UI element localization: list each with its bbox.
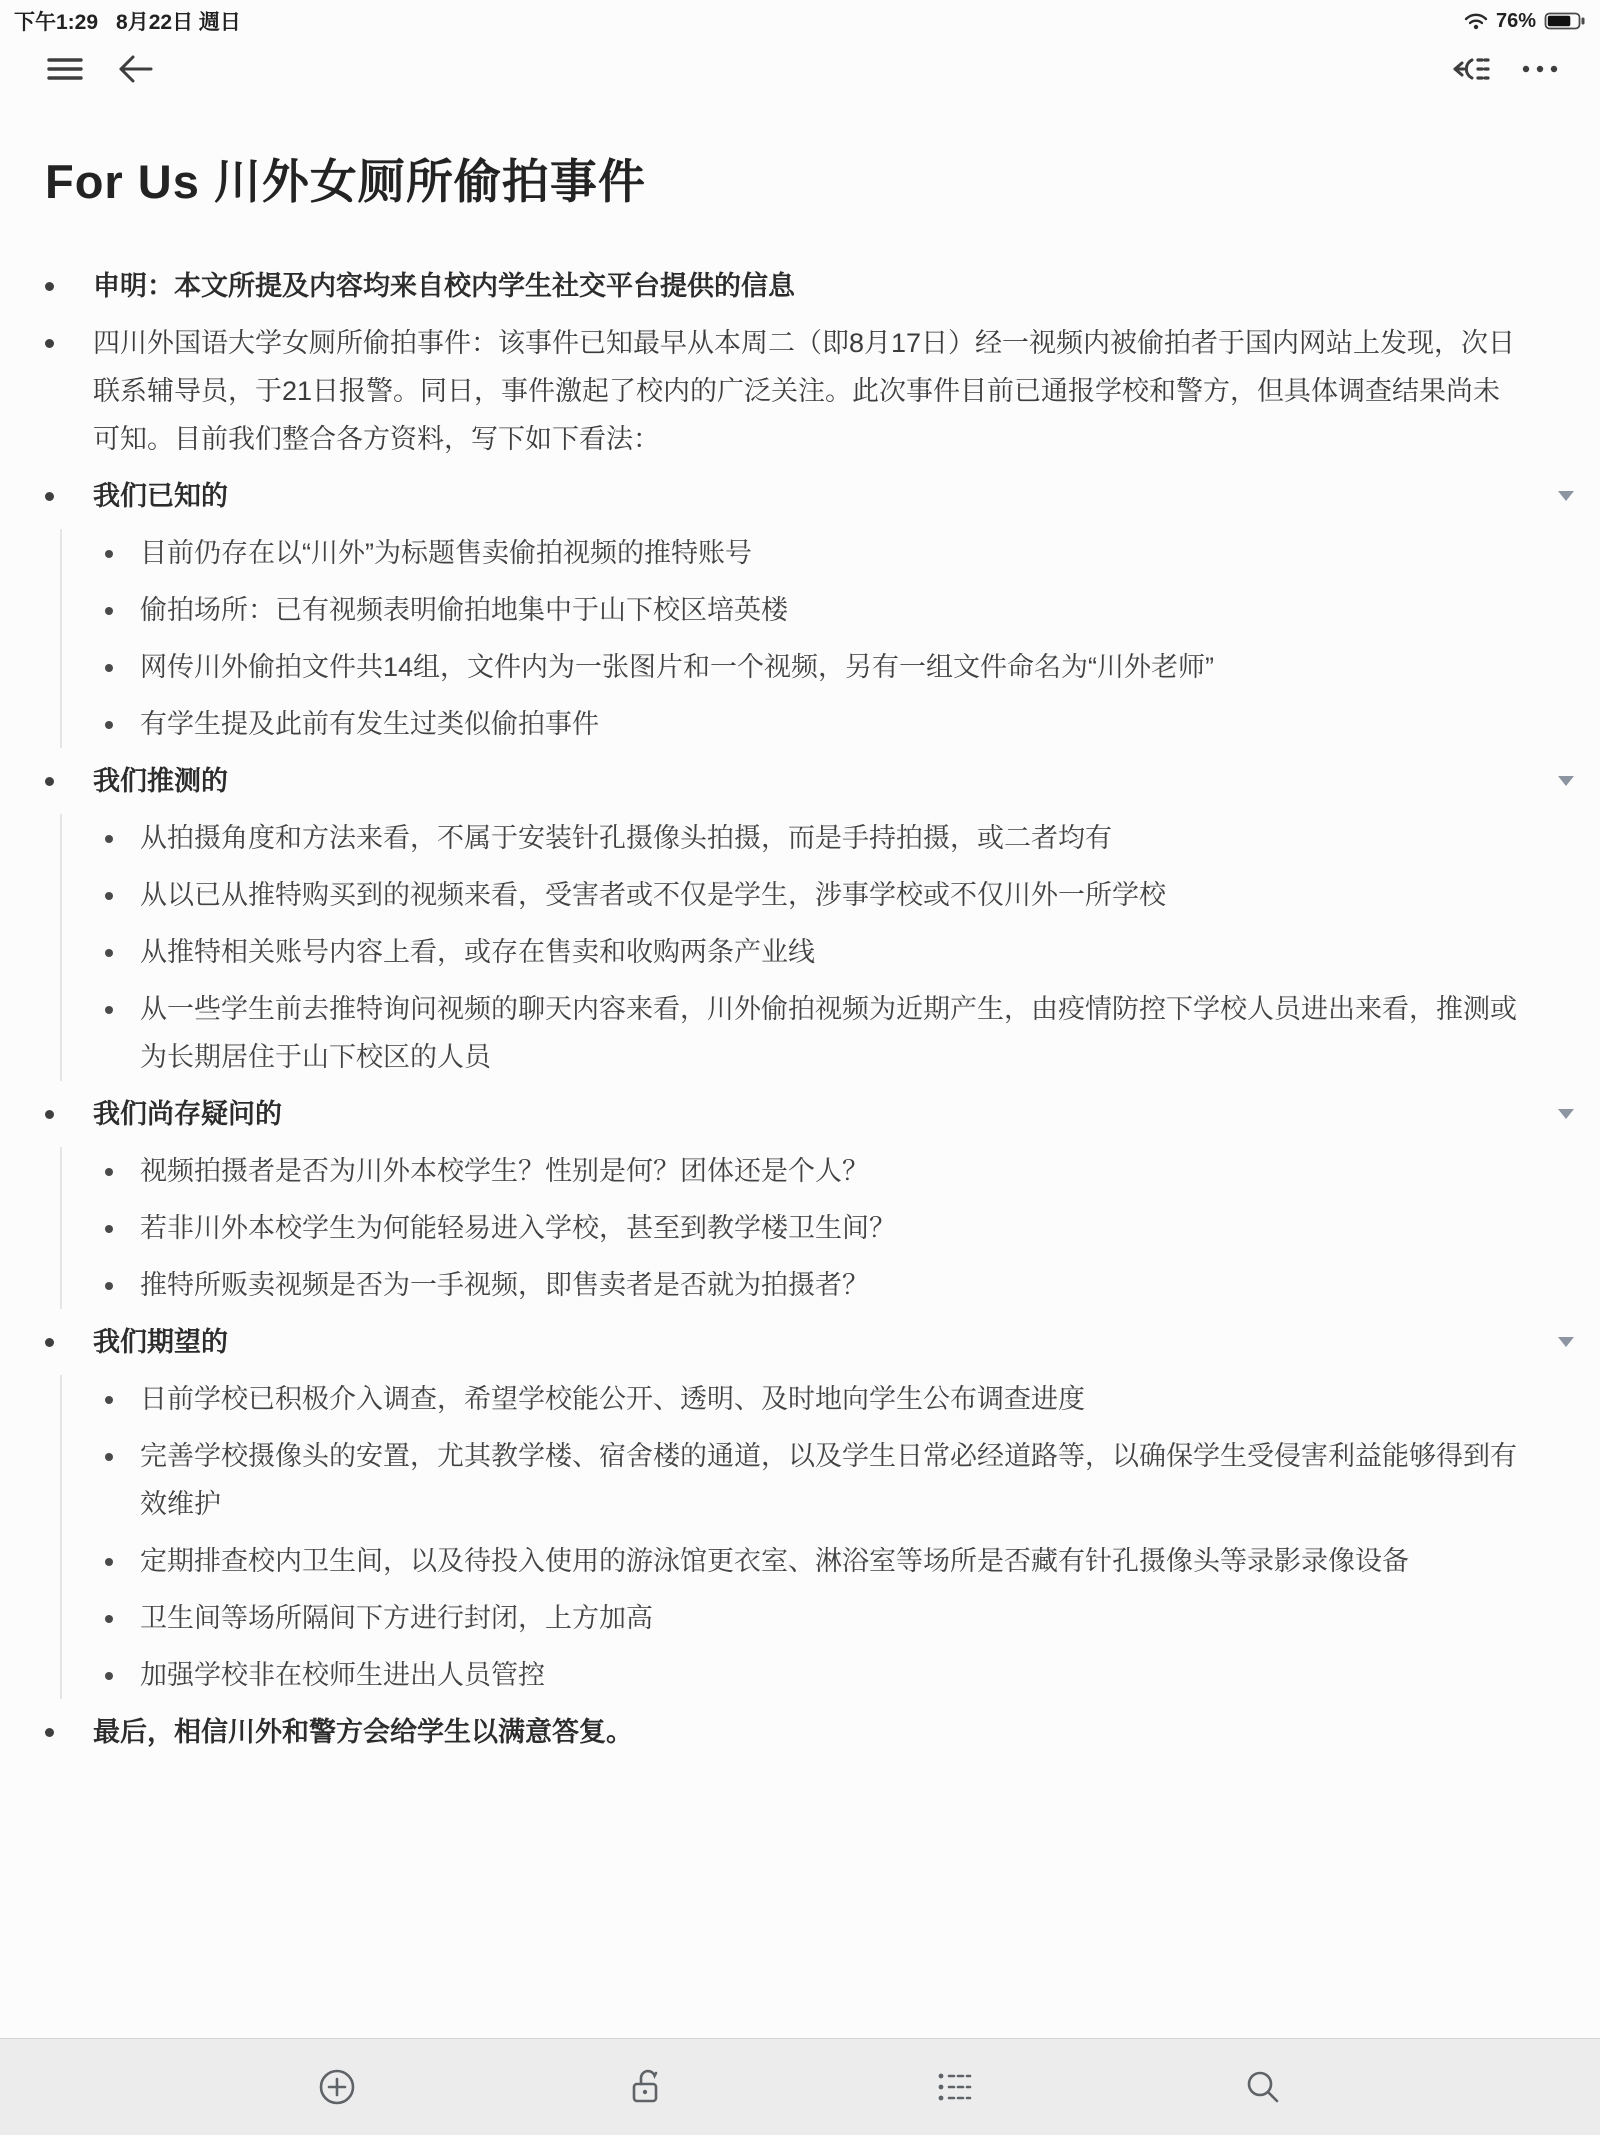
outline-text[interactable]: 偷拍场所：已有视频表明偷拍地集中于山下校区培英楼 <box>140 586 1520 634</box>
outline-subitem: 定期排查校内卫生间，以及待投入使用的游泳馆更衣室、淋浴室等场所是否藏有针孔摄像头… <box>62 1537 1520 1585</box>
toolbar-right <box>1450 52 1560 86</box>
outline-node: 有学生提及此前有发生过类似偷拍事件 <box>62 700 1520 748</box>
outline-node: 我们期望的日前学校已积极介入调查，希望学校能公开、透明、及时地向学生公布调查进度… <box>45 1318 1520 1699</box>
outline-node: 目前仍存在以“川外”为标题售卖偷拍视频的推特账号 <box>62 529 1520 577</box>
outline-text[interactable]: 从以已从推特购买到的视频来看，受害者或不仅是学生，涉事学校或不仅川外一所学校 <box>140 871 1520 919</box>
triangle-down-icon <box>1558 491 1574 501</box>
outline-subitem: 日前学校已积极介入调查，希望学校能公开、透明、及时地向学生公布调查进度 <box>62 1375 1520 1423</box>
bullet-dot[interactable] <box>105 721 113 729</box>
outline-children: 从拍摄角度和方法来看，不属于安装针孔摄像头拍摄，而是手持拍摄，或二者均有从以已从… <box>60 814 1520 1081</box>
outline-text[interactable]: 我们期望的 <box>93 1318 1520 1366</box>
outline-text[interactable]: 日前学校已积极介入调查，希望学校能公开、透明、及时地向学生公布调查进度 <box>140 1375 1520 1423</box>
outline-text[interactable]: 四川外国语大学女厕所偷拍事件：该事件已知最早从本周二（即8月17日）经一视频内被… <box>93 319 1520 463</box>
outline-text[interactable]: 网传川外偷拍文件共14组，文件内为一张图片和一个视频，另有一组文件命名为“川外老… <box>140 643 1520 691</box>
outline-subitem: 完善学校摄像头的安置，尤其教学楼、宿舍楼的通道，以及学生日常必经道路等，以确保学… <box>62 1432 1520 1528</box>
outline-text[interactable]: 完善学校摄像头的安置，尤其教学楼、宿舍楼的通道，以及学生日常必经道路等，以确保学… <box>140 1432 1520 1528</box>
triangle-down-icon <box>1558 1109 1574 1119</box>
triangle-down-icon <box>1558 1337 1574 1347</box>
collapse-arrow-icon[interactable] <box>1558 1090 1574 1138</box>
bullet-dot[interactable] <box>105 1396 113 1404</box>
triangle-down-icon <box>1558 776 1574 786</box>
collapse-arrow-icon[interactable] <box>1558 472 1574 520</box>
bullet-dot[interactable] <box>105 1615 113 1623</box>
bullet-dot[interactable] <box>45 492 54 501</box>
outline-item: 我们尚存疑问的 <box>45 1090 1520 1138</box>
bullet-dot[interactable] <box>105 835 113 843</box>
outline-text[interactable]: 目前仍存在以“川外”为标题售卖偷拍视频的推特账号 <box>140 529 1520 577</box>
outline-subitem: 若非川外本校学生为何能轻易进入学校，甚至到教学楼卫生间？ <box>62 1204 1520 1252</box>
outline-text[interactable]: 从推特相关账号内容上看，或存在售卖和收购两条产业线 <box>140 928 1520 976</box>
status-bar: 下午1:29 8月22日 週日 76% <box>0 0 1600 38</box>
bullet-dot[interactable] <box>105 1168 113 1176</box>
toolbar-left <box>46 52 156 86</box>
outline-node: 若非川外本校学生为何能轻易进入学校，甚至到教学楼卫生间？ <box>62 1204 1520 1252</box>
outline-node: 我们已知的目前仍存在以“川外”为标题售卖偷拍视频的推特账号偷拍场所：已有视频表明… <box>45 472 1520 748</box>
outline-subitem: 偷拍场所：已有视频表明偷拍地集中于山下校区培英楼 <box>62 586 1520 634</box>
outline-node: 定期排查校内卫生间，以及待投入使用的游泳馆更衣室、淋浴室等场所是否藏有针孔摄像头… <box>62 1537 1520 1585</box>
outline-node: 申明：本文所提及内容均来自校内学生社交平台提供的信息 <box>45 262 1520 310</box>
outline-node: 四川外国语大学女厕所偷拍事件：该事件已知最早从本周二（即8月17日）经一视频内被… <box>45 319 1520 463</box>
bullet-dot[interactable] <box>45 282 54 291</box>
battery-percent: 76% <box>1496 10 1536 33</box>
bullet-dot[interactable] <box>105 1453 113 1461</box>
outline-children: 目前仍存在以“川外”为标题售卖偷拍视频的推特账号偷拍场所：已有视频表明偷拍地集中… <box>60 529 1520 748</box>
outline-node: 偷拍场所：已有视频表明偷拍地集中于山下校区培英楼 <box>62 586 1520 634</box>
bullet-dot[interactable] <box>105 949 113 957</box>
outline-text[interactable]: 定期排查校内卫生间，以及待投入使用的游泳馆更衣室、淋浴室等场所是否藏有针孔摄像头… <box>140 1537 1520 1585</box>
outline-subitem: 目前仍存在以“川外”为标题售卖偷拍视频的推特账号 <box>62 529 1520 577</box>
outline-subitem: 从拍摄角度和方法来看，不属于安装针孔摄像头拍摄，而是手持拍摄，或二者均有 <box>62 814 1520 862</box>
outline-subitem: 推特所贩卖视频是否为一手视频，即售卖者是否就为拍摄者？ <box>62 1261 1520 1309</box>
hamburger-menu-icon[interactable] <box>46 54 84 84</box>
outline-text[interactable]: 从一些学生前去推特询问视频的聊天内容来看，川外偷拍视频为近期产生，由疫情防控下学… <box>140 985 1520 1081</box>
status-right: 76% <box>1464 10 1586 33</box>
outline-node: 从推特相关账号内容上看，或存在售卖和收购两条产业线 <box>62 928 1520 976</box>
outline-item: 最后，相信川外和警方会给学生以满意答复。 <box>45 1708 1520 1756</box>
outline-text[interactable]: 我们尚存疑问的 <box>93 1090 1520 1138</box>
outline-node: 我们尚存疑问的视频拍摄者是否为川外本校学生？性别是何？团体还是个人？若非川外本校… <box>45 1090 1520 1309</box>
bullet-dot[interactable] <box>105 892 113 900</box>
outline-item: 申明：本文所提及内容均来自校内学生社交平台提供的信息 <box>45 262 1520 310</box>
bottom-toolbar <box>0 2038 1600 2135</box>
bullet-dot[interactable] <box>45 1110 54 1119</box>
outline-subitem: 网传川外偷拍文件共14组，文件内为一张图片和一个视频，另有一组文件命名为“川外老… <box>62 643 1520 691</box>
outline-item: 我们已知的 <box>45 472 1520 520</box>
bullet-dot[interactable] <box>105 550 113 558</box>
collapse-arrow-icon[interactable] <box>1558 757 1574 805</box>
add-circle-icon[interactable] <box>316 2066 358 2108</box>
bullet-dot[interactable] <box>105 664 113 672</box>
bullet-dot[interactable] <box>105 1282 113 1290</box>
outline-subitem: 卫生间等场所隔间下方进行封闭，上方加高 <box>62 1594 1520 1642</box>
bullet-dot[interactable] <box>45 777 54 786</box>
bullet-dot[interactable] <box>45 1728 54 1737</box>
outline-node: 推特所贩卖视频是否为一手视频，即售卖者是否就为拍摄者？ <box>62 1261 1520 1309</box>
collapse-arrow-icon[interactable] <box>1558 1318 1574 1366</box>
outline-text[interactable]: 推特所贩卖视频是否为一手视频，即售卖者是否就为拍摄者？ <box>140 1261 1520 1309</box>
status-time: 下午1:29 <box>14 6 98 36</box>
outline-node: 加强学校非在校师生进出人员管控 <box>62 1651 1520 1699</box>
outline-node: 从拍摄角度和方法来看，不属于安装针孔摄像头拍摄，而是手持拍摄，或二者均有 <box>62 814 1520 862</box>
outline-item: 四川外国语大学女厕所偷拍事件：该事件已知最早从本周二（即8月17日）经一视频内被… <box>45 319 1520 463</box>
search-icon[interactable] <box>1242 2066 1284 2108</box>
more-ellipsis-icon[interactable] <box>1520 63 1560 75</box>
outline-text[interactable]: 我们已知的 <box>93 472 1520 520</box>
lock-open-icon[interactable] <box>624 2065 668 2109</box>
bullet-dot[interactable] <box>105 1006 113 1014</box>
bullet-dot[interactable] <box>45 1338 54 1347</box>
bullet-list-icon[interactable] <box>934 2068 976 2106</box>
outline-text[interactable]: 卫生间等场所隔间下方进行封闭，上方加高 <box>140 1594 1520 1642</box>
bullet-dot[interactable] <box>105 1558 113 1566</box>
outline-text[interactable]: 若非川外本校学生为何能轻易进入学校，甚至到教学楼卫生间？ <box>140 1204 1520 1252</box>
outline-text[interactable]: 从拍摄角度和方法来看，不属于安装针孔摄像头拍摄，而是手持拍摄，或二者均有 <box>140 814 1520 862</box>
outline-text[interactable]: 加强学校非在校师生进出人员管控 <box>140 1651 1520 1699</box>
outline-toc-icon[interactable] <box>1450 52 1494 86</box>
outline-node: 日前学校已积极介入调查，希望学校能公开、透明、及时地向学生公布调查进度 <box>62 1375 1520 1423</box>
outline-subitem: 从以已从推特购买到的视频来看，受害者或不仅是学生，涉事学校或不仅川外一所学校 <box>62 871 1520 919</box>
outline-node: 卫生间等场所隔间下方进行封闭，上方加高 <box>62 1594 1520 1642</box>
back-arrow-icon[interactable] <box>114 52 156 86</box>
outline-node: 从以已从推特购买到的视频来看，受害者或不仅是学生，涉事学校或不仅川外一所学校 <box>62 871 1520 919</box>
page-title[interactable]: For Us 川外女厕所偷拍事件 <box>45 154 1520 210</box>
bullet-dot[interactable] <box>45 339 54 348</box>
outline-subitem: 有学生提及此前有发生过类似偷拍事件 <box>62 700 1520 748</box>
outline-node: 网传川外偷拍文件共14组，文件内为一张图片和一个视频，另有一组文件命名为“川外老… <box>62 643 1520 691</box>
bullet-dot[interactable] <box>105 1225 113 1233</box>
status-left: 下午1:29 8月22日 週日 <box>14 6 241 36</box>
outline-text[interactable]: 有学生提及此前有发生过类似偷拍事件 <box>140 700 1520 748</box>
outline-item: 我们推测的 <box>45 757 1520 805</box>
battery-icon <box>1544 11 1586 31</box>
outline-node: 我们推测的从拍摄角度和方法来看，不属于安装针孔摄像头拍摄，而是手持拍摄，或二者均… <box>45 757 1520 1081</box>
outline-subitem: 从推特相关账号内容上看，或存在售卖和收购两条产业线 <box>62 928 1520 976</box>
top-toolbar <box>0 38 1600 100</box>
outline-subitem: 从一些学生前去推特询问视频的聊天内容来看，川外偷拍视频为近期产生，由疫情防控下学… <box>62 985 1520 1081</box>
outline-node: 最后，相信川外和警方会给学生以满意答复。 <box>45 1708 1520 1756</box>
status-date: 8月22日 週日 <box>116 6 241 36</box>
outline-children: 日前学校已积极介入调查，希望学校能公开、透明、及时地向学生公布调查进度完善学校摄… <box>60 1375 1520 1699</box>
outline-children: 视频拍摄者是否为川外本校学生？性别是何？团体还是个人？若非川外本校学生为何能轻易… <box>60 1147 1520 1309</box>
outline-text[interactable]: 视频拍摄者是否为川外本校学生？性别是何？团体还是个人？ <box>140 1147 1520 1195</box>
outline-subitem: 加强学校非在校师生进出人员管控 <box>62 1651 1520 1699</box>
outline-list: 申明：本文所提及内容均来自校内学生社交平台提供的信息四川外国语大学女厕所偷拍事件… <box>45 262 1520 1756</box>
bullet-dot[interactable] <box>105 607 113 615</box>
outline-text[interactable]: 最后，相信川外和警方会给学生以满意答复。 <box>93 1708 1520 1756</box>
outline-node: 从一些学生前去推特询问视频的聊天内容来看，川外偷拍视频为近期产生，由疫情防控下学… <box>62 985 1520 1081</box>
bullet-dot[interactable] <box>105 1672 113 1680</box>
outline-text[interactable]: 我们推测的 <box>93 757 1520 805</box>
outline-node: 完善学校摄像头的安置，尤其教学楼、宿舍楼的通道，以及学生日常必经道路等，以确保学… <box>62 1432 1520 1528</box>
outline-text[interactable]: 申明：本文所提及内容均来自校内学生社交平台提供的信息 <box>93 262 1520 310</box>
outline-item: 我们期望的 <box>45 1318 1520 1366</box>
outline-node: 视频拍摄者是否为川外本校学生？性别是何？团体还是个人？ <box>62 1147 1520 1195</box>
outline-subitem: 视频拍摄者是否为川外本校学生？性别是何？团体还是个人？ <box>62 1147 1520 1195</box>
wifi-icon <box>1464 12 1488 30</box>
